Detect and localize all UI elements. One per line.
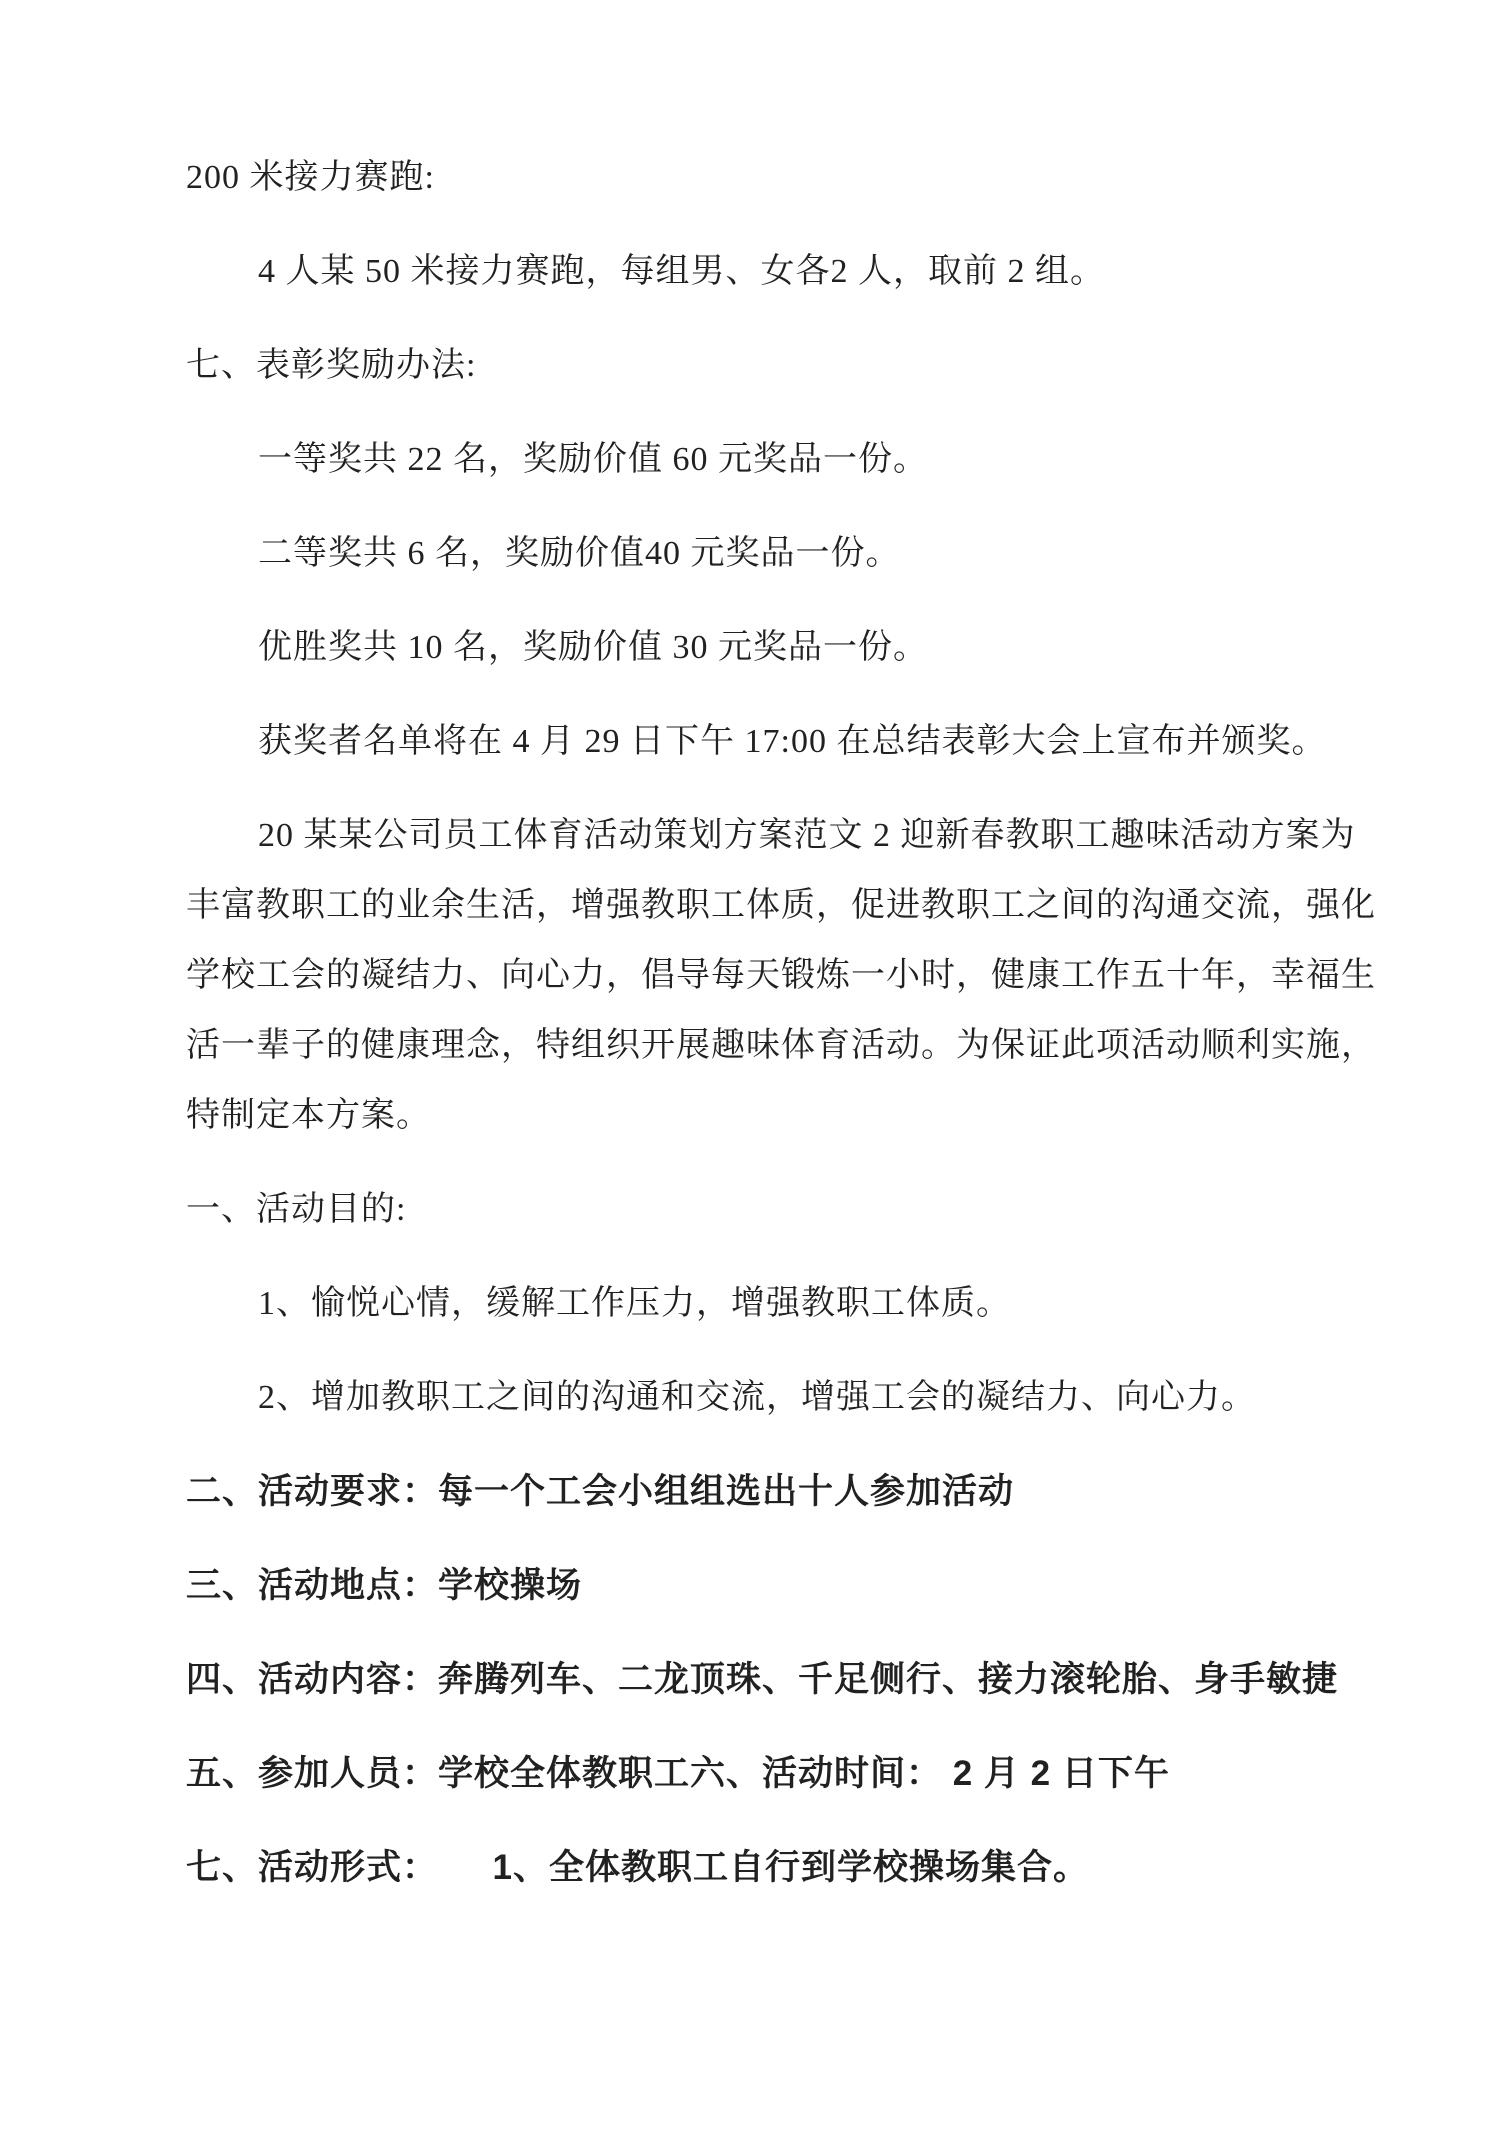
para-activity-requirements: 二、活动要求：每一个工会小组组选出十人参加活动 <box>186 1457 1378 1527</box>
para-activity-format: 七、活动形式： 1、全体教职工自行到学校操场集合。 <box>186 1833 1378 1903</box>
para-200m-relay-heading: 200 米接力赛跑: <box>186 143 1378 213</box>
para-first-prize: 一等奖共 22 名，奖励价值 60 元奖品一份。 <box>186 425 1378 495</box>
para-activity-location: 三、活动地点：学校操场 <box>186 1551 1378 1621</box>
para-relay-detail: 4 人某 50 米接力赛跑，每组男、女各2 人，取前 2 组。 <box>186 237 1378 307</box>
para-plan2-intro: 20 某某公司员工体育活动策划方案范文 2 迎新春教职工趣味活动方案为丰富教职工… <box>186 801 1378 1151</box>
document-body: 200 米接力赛跑: 4 人某 50 米接力赛跑，每组男、女各2 人，取前 2 … <box>186 143 1378 1927</box>
document-page: 200 米接力赛跑: 4 人某 50 米接力赛跑，每组男、女各2 人，取前 2 … <box>0 0 1508 2134</box>
para-award-announcement: 获奖者名单将在 4 月 29 日下午 17:00 在总结表彰大会上宣布并颁奖。 <box>186 707 1378 777</box>
para-purpose-item-1: 1、愉悦心情，缓解工作压力，增强教职工体质。 <box>186 1269 1378 1339</box>
para-second-prize: 二等奖共 6 名，奖励价值40 元奖品一份。 <box>186 519 1378 589</box>
para-award-method-heading: 七、表彰奖励办法: <box>186 331 1378 401</box>
para-winner-prize: 优胜奖共 10 名，奖励价值 30 元奖品一份。 <box>186 613 1378 683</box>
para-activity-content: 四、活动内容：奔腾列车、二龙顶珠、千足侧行、接力滚轮胎、身手敏捷 <box>186 1645 1378 1715</box>
para-purpose-item-2: 2、增加教职工之间的沟通和交流，增强工会的凝结力、向心力。 <box>186 1363 1378 1433</box>
para-purpose-heading: 一、活动目的: <box>186 1175 1378 1245</box>
para-participants-and-time: 五、参加人员：学校全体教职工六、活动时间： 2 月 2 日下午 <box>186 1739 1378 1809</box>
